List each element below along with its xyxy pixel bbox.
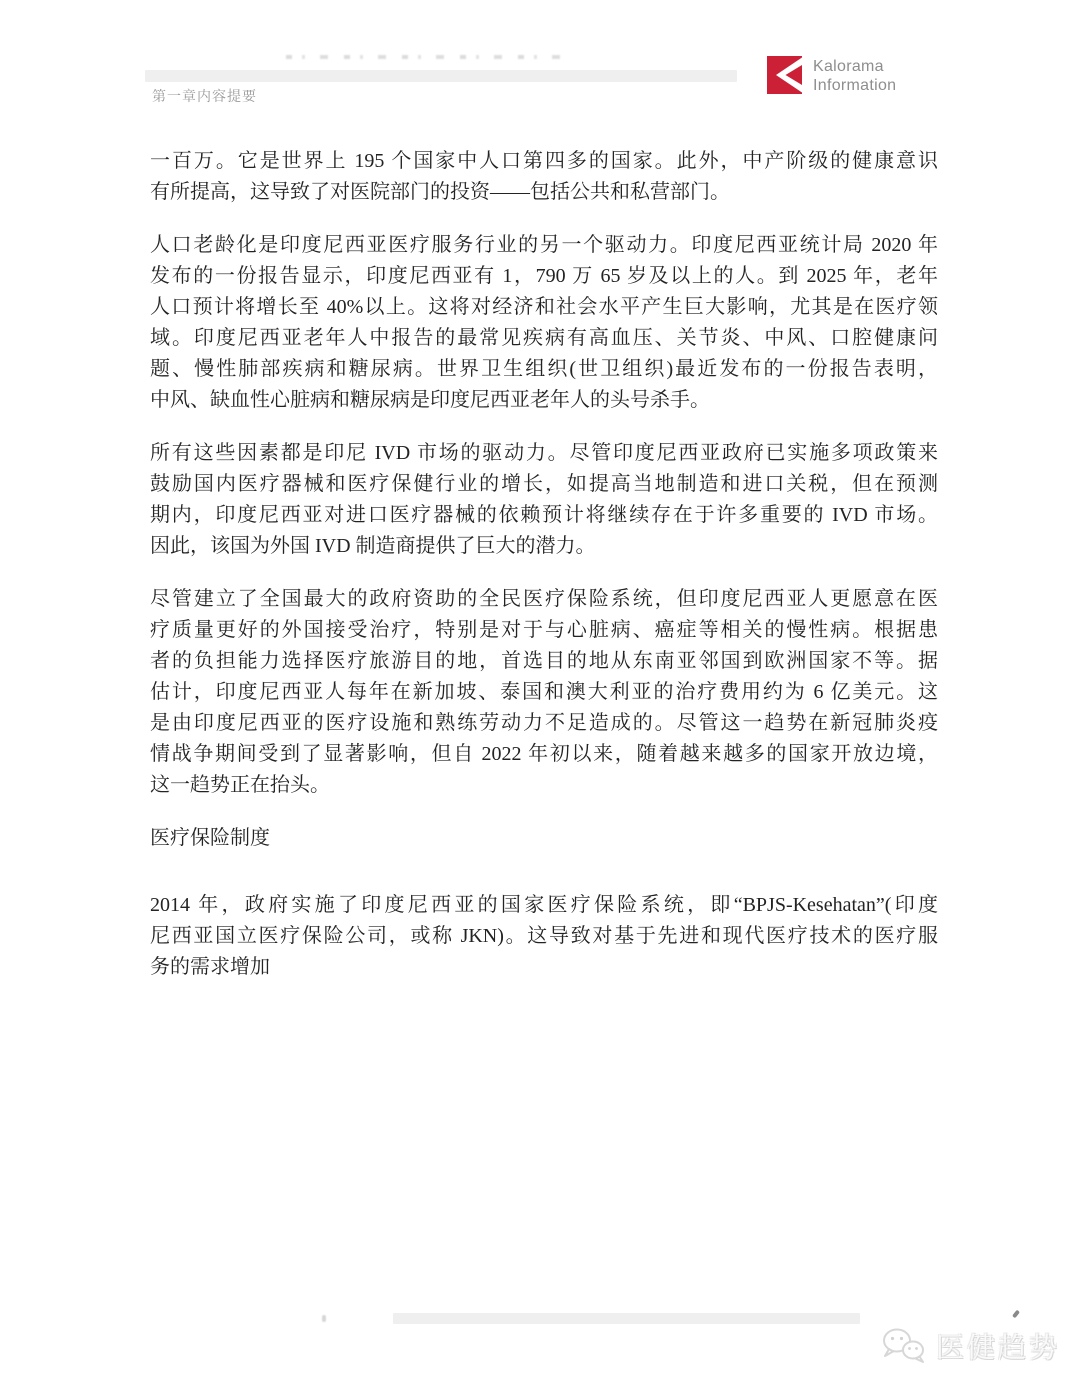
text-line: 发布的一份报告显示，印度尼西亚有 1，790 万 65 岁及以上的人。到 202… — [150, 261, 938, 292]
text-line: 因此，该国为外国 IVD 制造商提供了巨大的潜力。 — [150, 531, 938, 562]
text-line: 尽管建立了全国最大的政府资助的全民医疗保险系统，但印度尼西亚人更愿意在医 — [150, 584, 938, 615]
text-line: 域。印度尼西亚老年人中报告的最常见疾病有高血压、关节炎、中风、口腔健康问 — [150, 323, 938, 354]
paragraph: 人口老龄化是印度尼西亚医疗服务行业的另一个驱动力。印度尼西亚统计局 2020 年… — [150, 230, 938, 416]
text-line: 一百万。它是世界上 195 个国家中人口第四多的国家。此外，中产阶级的健康意识 — [150, 146, 938, 177]
paragraph: 所有这些因素都是印尼 IVD 市场的驱动力。尽管印度尼西亚政府已实施多项政策来鼓… — [150, 438, 938, 562]
text-line: 是由印度尼西亚的医疗设施和熟练劳动力不足造成的。尽管这一趋势在新冠肺炎疫 — [150, 708, 938, 739]
watermark-label: 医健趋势 — [936, 1326, 1060, 1366]
text-line: 情战争期间受到了显著影响，但自 2022 年初以来，随着越来越多的国家开放边境， — [150, 739, 938, 770]
document-page: 第一章内容提要 Kalorama Information 一百万。它是世界上 1… — [0, 0, 1080, 1396]
kalorama-k-icon — [767, 56, 802, 94]
kalorama-logo-text: Kalorama Information — [813, 56, 896, 95]
text-line: 尼西亚国立医疗保险公司，或称 JKN)。这导致对基于先进和现代医疗技术的医疗服 — [150, 921, 938, 952]
text-line: 题、慢性肺部疾病和糖尿病。世界卫生组织(世卫组织)最近发布的一份报告表明， — [150, 354, 938, 385]
text-line: 估计，印度尼西亚人每年在新加坡、泰国和澳大利亚的治疗费用约为 6 亿美元。这 — [150, 677, 938, 708]
text-line: 2014 年，政府实施了印度尼西亚的国家医疗保险系统，即“BPJS-Keseha… — [150, 890, 938, 921]
paragraph: 一百万。它是世界上 195 个国家中人口第四多的国家。此外，中产阶级的健康意识有… — [150, 146, 938, 208]
text-line: 这一趋势正在抬头。 — [150, 770, 938, 801]
kalorama-logo: Kalorama Information — [767, 56, 896, 95]
logo-text-line2: Information — [813, 76, 896, 95]
text-line: 中风、缺血性心脏病和糖尿病是印度尼西亚老年人的头号杀手。 — [150, 385, 938, 416]
chapter-header: 第一章内容提要 — [152, 86, 257, 106]
text-line: 务的需求增加 — [150, 952, 938, 983]
scan-speck-right — [1012, 1310, 1020, 1319]
wechat-watermark: 医健趋势 — [880, 1326, 1060, 1366]
paragraph: 尽管建立了全国最大的政府资助的全民医疗保险系统，但印度尼西亚人更愿意在医疗质量更… — [150, 584, 938, 801]
text-line: 有所提高，这导致了对医院部门的投资——包括公共和私营部门。 — [150, 177, 938, 208]
text-line: 人口老龄化是印度尼西亚医疗服务行业的另一个驱动力。印度尼西亚统计局 2020 年 — [150, 230, 938, 261]
footer-divider-bar — [393, 1313, 860, 1324]
wechat-icon — [880, 1327, 926, 1365]
text-line: 鼓励国内医疗器械和医疗保健行业的增长，如提高当地制造和进口关税，但在预测 — [150, 469, 938, 500]
faded-text-remnants — [286, 55, 576, 59]
text-line: 医疗保险制度 — [150, 823, 938, 854]
logo-text-line1: Kalorama — [813, 57, 896, 76]
document-body: 一百万。它是世界上 195 个国家中人口第四多的国家。此外，中产阶级的健康意识有… — [150, 146, 938, 1005]
text-line: 所有这些因素都是印尼 IVD 市场的驱动力。尽管印度尼西亚政府已实施多项政策来 — [150, 438, 938, 469]
text-line: 人口预计将增长至 40%以上。这将对经济和社会水平产生巨大影响，尤其是在医疗领 — [150, 292, 938, 323]
text-line: 者的负担能力选择医疗旅游目的地，首选目的地从东南亚邻国到欧洲国家不等。据 — [150, 646, 938, 677]
text-line: 疗质量更好的外国接受治疗，特别是对于与心脏病、癌症等相关的慢性病。根据患 — [150, 615, 938, 646]
text-line: 期内，印度尼西亚对进口医疗器械的依赖预计将继续存在于许多重要的 IVD 市场。 — [150, 500, 938, 531]
header-divider-bar — [145, 70, 737, 82]
paragraph: 2014 年，政府实施了印度尼西亚的国家医疗保险系统，即“BPJS-Keseha… — [150, 890, 938, 983]
section-heading: 医疗保险制度 — [150, 823, 938, 854]
scan-speck-left — [322, 1315, 326, 1322]
